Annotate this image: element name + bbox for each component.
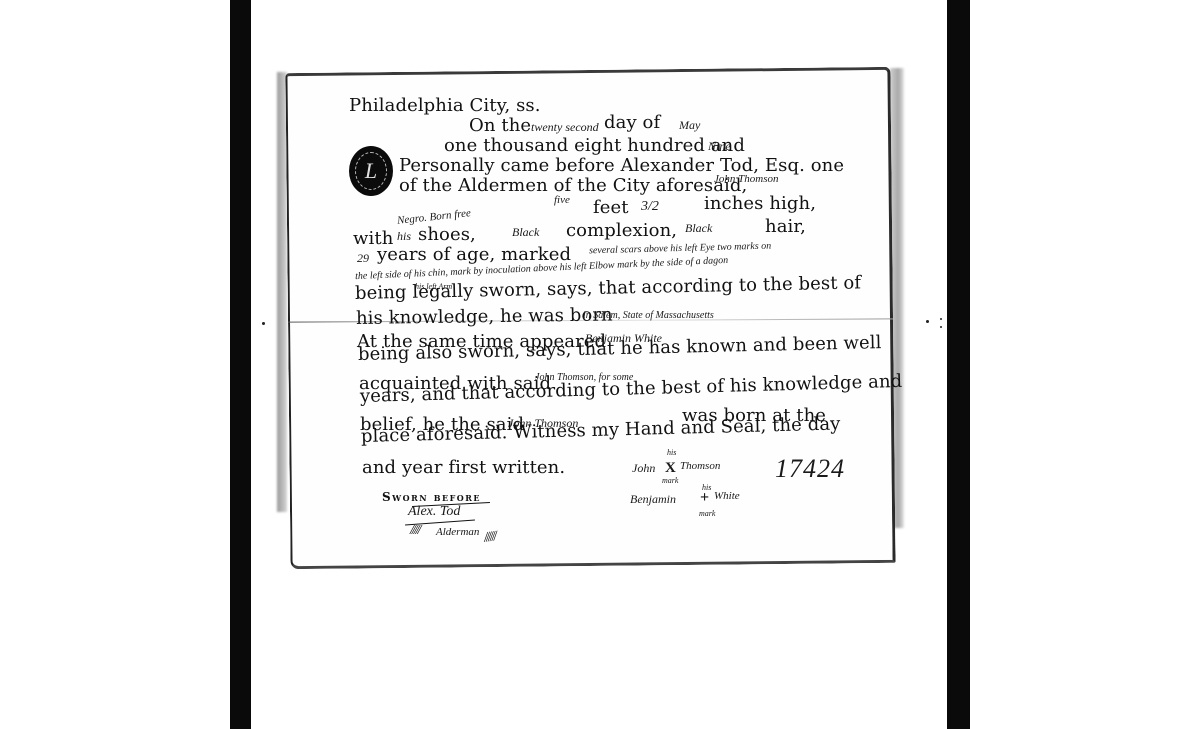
signature-thomson-last: Thomson xyxy=(680,461,720,472)
alderman-title: Alderman xyxy=(436,527,479,538)
seal-monogram: L xyxy=(355,152,387,190)
document-header: Philadelphia City, ss. xyxy=(349,97,541,115)
handwritten-month: May xyxy=(679,119,700,131)
signature-thomson-his: his xyxy=(667,449,676,457)
signature-white-last: White xyxy=(714,491,740,502)
handwritten-hair: Black xyxy=(685,222,712,234)
line-1-mid: day of xyxy=(604,114,660,132)
scan-border-left xyxy=(230,0,251,729)
handwritten-day: twenty second xyxy=(531,121,599,133)
sworn-before-label: Sworn before xyxy=(382,491,481,503)
handwritten-year: Nine xyxy=(708,140,731,152)
handwritten-deponent-name: John Thomson xyxy=(714,174,778,185)
scan-speck xyxy=(940,326,942,328)
scan-speck xyxy=(262,322,265,325)
wax-seal-icon: L xyxy=(349,146,393,196)
inches-label: inches high, xyxy=(704,195,816,213)
signature-thomson-x-mark: X xyxy=(665,461,676,476)
flourish-right: ////// xyxy=(483,529,496,546)
handwritten-feet: five xyxy=(554,195,570,206)
certificate-number: 17424 xyxy=(775,456,845,482)
signature-thomson-mark-label: mark xyxy=(662,477,678,485)
scan-speck xyxy=(940,318,942,320)
handwritten-inches: 3/2 xyxy=(641,200,659,214)
flourish-left: ///// xyxy=(410,523,419,539)
signature-white-mark: + xyxy=(700,490,709,506)
complexion-label: complexion, xyxy=(566,222,677,240)
handwritten-his: his xyxy=(397,230,411,242)
signature-thomson-first: John xyxy=(632,462,655,474)
scan-border-right xyxy=(947,0,970,729)
handwritten-age: 29 xyxy=(357,252,369,264)
line-4-text: of the Aldermen of the City aforesaid, xyxy=(399,177,747,195)
line-17-text: and year first written. xyxy=(362,459,565,477)
hair-label: hair, xyxy=(765,218,806,236)
shoes-label: shoes, xyxy=(418,226,476,244)
line-2-text: one thousand eight hundred and xyxy=(444,137,745,155)
scan-speck xyxy=(926,320,929,323)
line-1-prefix: On the xyxy=(469,117,531,135)
signature-white-first: Benjamin xyxy=(630,493,676,505)
alderman-signature: Alex. Tod xyxy=(408,505,460,519)
handwritten-complexion: Black xyxy=(512,226,539,238)
line-7-text: years of age, marked xyxy=(377,246,571,264)
line-10-text: his knowledge, he was born xyxy=(356,306,613,328)
handwritten-birthplace: in Salem, State of Massachusetts xyxy=(583,311,714,321)
signature-white-mark-label: mark xyxy=(699,510,715,518)
feet-label: feet xyxy=(593,199,629,217)
